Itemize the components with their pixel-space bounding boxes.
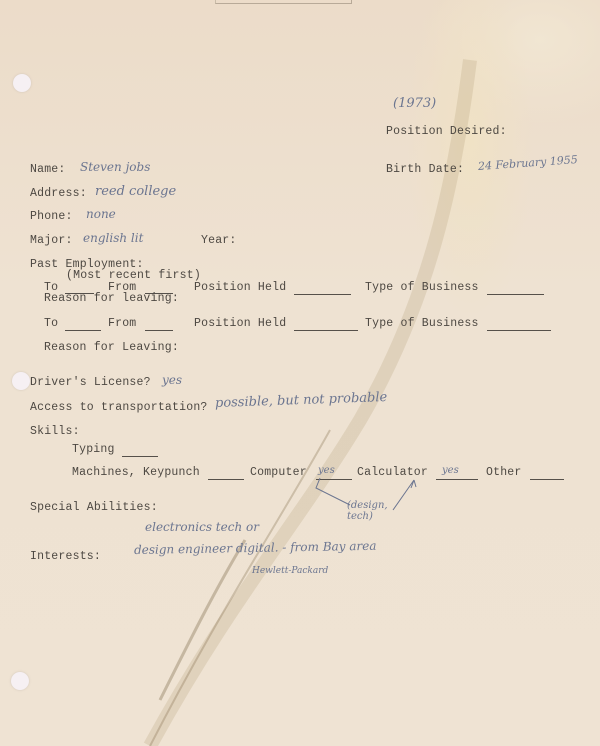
reason-for-leaving-label: Reason for leaving:: [44, 292, 179, 305]
major-label: Major:: [30, 234, 73, 247]
design-tech-annotation: (design, tech): [347, 500, 397, 522]
typing-field[interactable]: [122, 456, 158, 457]
type-of-business-label: Type of Business: [365, 317, 479, 330]
punch-hole-bottom: [11, 672, 29, 690]
address-label: Address:: [30, 187, 87, 200]
phone-label: Phone:: [30, 210, 73, 223]
from-field[interactable]: [145, 330, 173, 331]
address-value[interactable]: reed college: [95, 184, 176, 199]
calculator-label: Calculator: [357, 466, 428, 479]
type-of-business-label: Type of Business: [365, 281, 479, 294]
type-of-business-field[interactable]: [487, 330, 551, 331]
year-note: (1973): [393, 96, 436, 111]
top-tab-edge: [215, 0, 352, 4]
position-held-label: Position Held: [194, 317, 286, 330]
phone-value[interactable]: none: [86, 207, 116, 221]
computer-label: Computer: [250, 466, 307, 479]
reason-for-leaving-label: Reason for Leaving:: [44, 341, 179, 354]
interests-label: Interests:: [30, 550, 101, 563]
transportation-label: Access to transportation?: [30, 401, 208, 414]
major-value[interactable]: english lit: [83, 231, 143, 245]
to-label: To: [44, 317, 58, 330]
position-held-label: Position Held: [194, 281, 286, 294]
from-label: From: [108, 317, 136, 330]
birth-date-label: Birth Date:: [386, 163, 464, 176]
skills-label: Skills:: [30, 425, 80, 438]
drivers-license-value[interactable]: yes: [162, 373, 182, 387]
other-label: Other: [486, 466, 522, 479]
machines-keypunch-label: Machines, Keypunch: [72, 466, 200, 479]
name-label: Name:: [30, 163, 66, 176]
year-label: Year:: [201, 234, 237, 247]
punch-hole-top: [13, 74, 31, 92]
typing-label: Typing: [72, 443, 115, 456]
paper-background: [0, 0, 600, 746]
calculator-value[interactable]: yes: [442, 465, 459, 476]
position-held-field[interactable]: [294, 294, 351, 295]
computer-field[interactable]: [316, 479, 352, 480]
type-of-business-field[interactable]: [487, 294, 544, 295]
punch-hole-middle: [12, 372, 30, 390]
special-abilities-value[interactable]: electronics tech or: [145, 520, 259, 534]
computer-value[interactable]: yes: [318, 465, 335, 476]
position-desired-label: Position Desired:: [386, 125, 507, 138]
interests-note: Hewlett-Packard: [252, 566, 328, 576]
special-abilities-label: Special Abilities:: [30, 501, 158, 514]
to-field[interactable]: [65, 330, 101, 331]
name-value[interactable]: Steven jobs: [80, 160, 150, 174]
keypunch-field[interactable]: [208, 479, 244, 480]
other-field[interactable]: [530, 479, 564, 480]
calculator-field[interactable]: [436, 479, 478, 480]
position-held-field[interactable]: [294, 330, 358, 331]
drivers-license-label: Driver's License?: [30, 376, 151, 389]
